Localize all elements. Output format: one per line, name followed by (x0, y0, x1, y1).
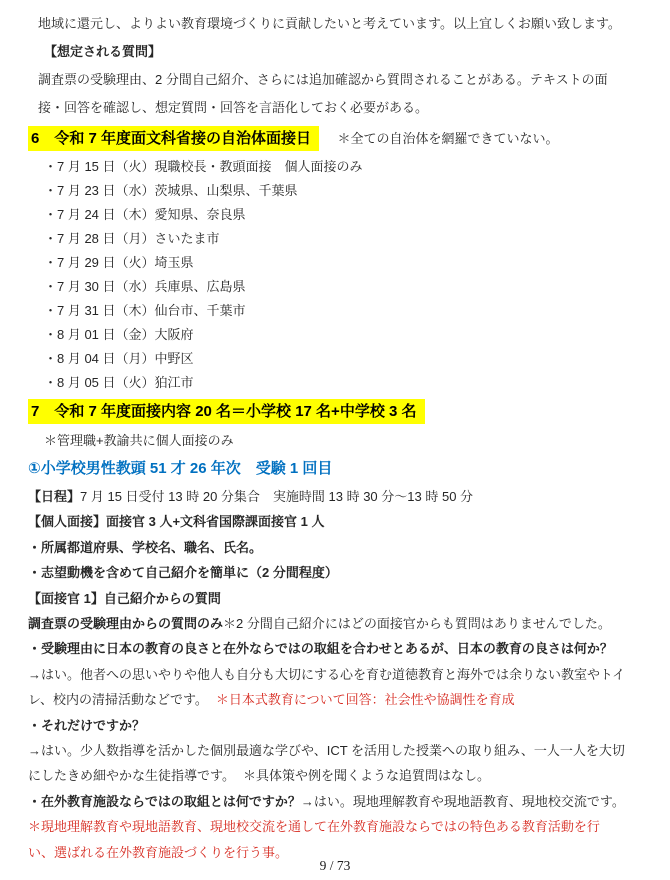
schedule-label: 【日程】 (28, 489, 80, 504)
expected-questions-heading: 【想定される質問】 (44, 38, 648, 66)
answer-1-line-1: →はい。他者への思いやりや他人も自分も大切にする心を育む道徳教育と海外では余りな… (28, 662, 648, 687)
section6-note: ＊全ての自治体を網羅できていない。 (337, 131, 558, 146)
case1-heading: ①小学校男性教頭 51 才 26 年次 受験 1 回目 (28, 454, 648, 484)
intro-body-line-1: 調査票の受験理由、2 分間自己紹介、さらには追加確認から質問されることがある。テ… (38, 66, 648, 94)
date-list-item: ・7 月 23 日（水）茨城県、山梨県、千葉県 (44, 179, 648, 203)
interviewer1-note-rest: ＊2 分間自己紹介にはどの面接官からも質問はありませんでした。 (223, 616, 611, 631)
interviewer1-note-line: 調査票の受験理由からの質問のみ＊2 分間自己紹介にはどの面接官からも質問はありま… (28, 611, 648, 636)
date-list-item: ・7 月 31 日（木）仙台市、千葉市 (44, 299, 648, 323)
date-list-item: ・7 月 30 日（水）兵庫県、広島県 (44, 275, 648, 299)
page-number: 9 / 73 (0, 858, 670, 874)
answer-3: →はい。現地理解教育や現地語教育、現地校交流です。 (301, 794, 625, 809)
answer-2-line-2: にしたきめ細やかな生徒指導です。＊具体策や例を聞くような追質問はなし。 (28, 763, 648, 788)
schedule-line: 【日程】7 月 15 日受付 13 時 20 分集合 実施時間 13 時 30 … (28, 484, 648, 509)
answer-2-text: にしたきめ細やかな生徒指導です。 (28, 768, 235, 783)
date-list-item: ・7 月 24 日（木）愛知県、奈良県 (44, 203, 648, 227)
answer-1-red-note: ＊日本式教育について回答：社会性や協調性を育成 (216, 692, 515, 707)
interview-date-list: ・7 月 15 日（火）現職校長・教頭面接 個人面接のみ ・7 月 23 日（水… (28, 155, 648, 395)
self-intro-bullet-1: ・所属都道府県、学校名、職名、氏名。 (28, 535, 648, 560)
section6-heading-highlight: 6 令和 7 年度面文科省接の自治体面接日 (28, 126, 319, 151)
interviewer1-heading: 【面接官 1】自己紹介からの質問 (28, 586, 648, 611)
date-list-item: ・8 月 01 日（金）大阪府 (44, 323, 648, 347)
red-note-line-1: ＊現地理解教育や現地語教育、現地校交流を通して在外教育施設ならではの特色ある教育… (28, 814, 648, 839)
section6-heading-row: 6 令和 7 年度面文科省接の自治体面接日 ＊全ての自治体を網羅できていない。 (28, 122, 648, 155)
schedule-text: 7 月 15 日受付 13 時 20 分集合 実施時間 13 時 30 分～13… (80, 489, 473, 504)
section7-heading-row: 7 令和 7 年度面接内容 20 名＝小学校 17 名+中学校 3 名 (28, 395, 648, 428)
document-page: 地域に還元し、よりよい教育環境づくりに貢献したいと考えています。以上宜しくお願い… (0, 0, 670, 880)
question-3-line: ・在外教育施設ならではの取組とは何ですか？→はい。現地理解教育や現地語教育、現地… (28, 789, 648, 814)
question-2: ・それだけですか？ (28, 713, 648, 738)
answer-1-text: レ、校内の清掃活動などです。 (28, 692, 208, 707)
date-list-item: ・7 月 29 日（火）埼玉県 (44, 251, 648, 275)
answer-2-note: ＊具体策や例を聞くような追質問はなし。 (243, 768, 490, 783)
date-list-item: ・8 月 05 日（火）狛江市 (44, 371, 648, 395)
panel-line: 【個人面接】面接官 3 人+文科省国際課面接官 1 人 (28, 509, 648, 534)
intro-body-line-2: 接・回答を確認し、想定質問・回答を言語化しておく必要がある。 (38, 94, 648, 122)
interviewer1-note-bold: 調査票の受験理由からの質問のみ (28, 616, 223, 631)
question-1: ・受験理由に日本の教育の良さと在外ならではの取組を合わせとあるが、日本の教育の良… (28, 636, 648, 661)
intro-continuation-line: 地域に還元し、よりよい教育環境づくりに貢献したいと考えています。以上宜しくお願い… (38, 10, 648, 38)
answer-2-line-1: →はい。少人数指導を活かした個別最適な学びや、ICT を活用した授業への取り組み… (28, 738, 648, 763)
self-intro-bullet-2: ・志望動機を含めて自己紹介を簡単に（2 分間程度） (28, 560, 648, 585)
answer-1-line-2: レ、校内の清掃活動などです。＊日本式教育について回答：社会性や協調性を育成 (28, 687, 648, 712)
section7-note: ＊管理職+教諭共に個人面接のみ (44, 428, 648, 454)
date-list-item: ・8 月 04 日（月）中野区 (44, 347, 648, 371)
date-list-item: ・7 月 15 日（火）現職校長・教頭面接 個人面接のみ (44, 155, 648, 179)
question-3: ・在外教育施設ならではの取組とは何ですか？ (28, 794, 301, 809)
section7-heading-highlight: 7 令和 7 年度面接内容 20 名＝小学校 17 名+中学校 3 名 (28, 399, 425, 424)
date-list-item: ・7 月 28 日（月）さいたま市 (44, 227, 648, 251)
